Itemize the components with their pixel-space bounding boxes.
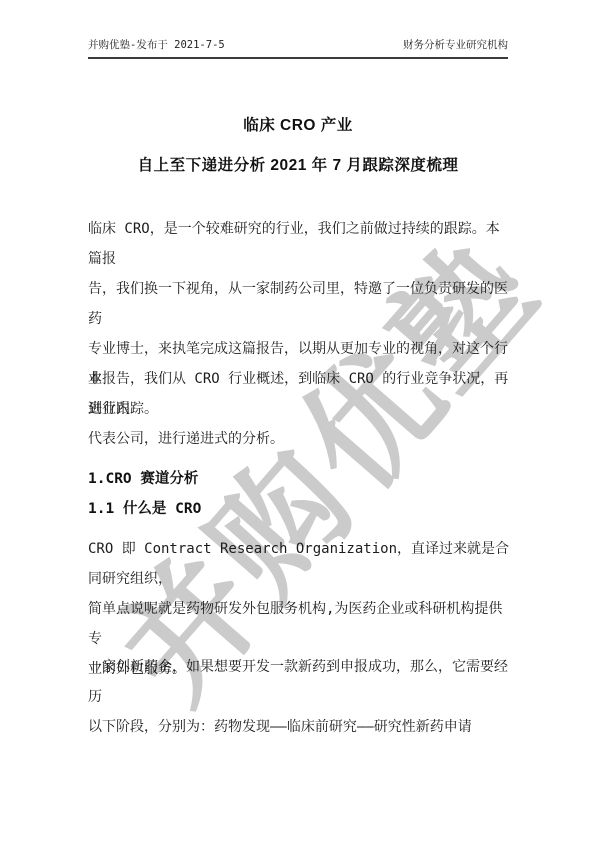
report-title-line1: 临床 CRO 产业 xyxy=(88,106,508,146)
subsection-heading-1-1: 1.1 什么是 CRO xyxy=(88,494,510,524)
page-header: 并购优塾-发布于 2021-7-5 财务分析专业研究机构 xyxy=(88,37,508,52)
section-heading-1: 1.CRO 赛道分析 xyxy=(88,464,510,494)
header-left-text: 并购优塾-发布于 2021-7-5 xyxy=(88,37,225,52)
paragraph-drug-development-stages: 一家创新药企，如果想要开发一款新药到申报成功，那么，它需要经历 以下阶段，分别为… xyxy=(88,652,510,742)
header-right-text: 财务分析专业研究机构 xyxy=(403,37,508,52)
report-title: 临床 CRO 产业 自上至下递进分析 2021 年 7 月跟踪深度梳理 xyxy=(88,106,508,186)
report-page: 并购优塾 并购优塾-发布于 2021-7-5 财务分析专业研究机构 临床 CRO… xyxy=(0,0,595,842)
report-title-line2: 自上至下递进分析 2021 年 7 月跟踪深度梳理 xyxy=(88,146,508,186)
header-rule xyxy=(88,57,508,59)
paragraph-report-scope: 本报告，我们从 CRO 行业概述，到临床 CRO 的行业竞争状况，再到业内 代表… xyxy=(88,364,510,454)
